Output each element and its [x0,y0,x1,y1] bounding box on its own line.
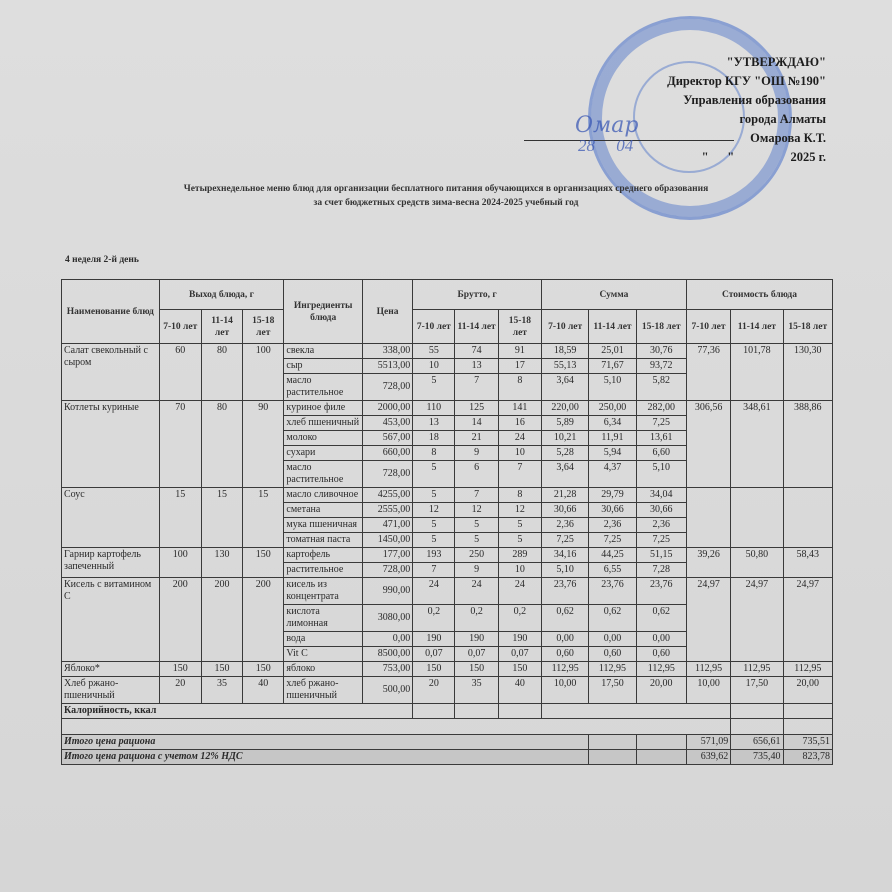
ingredient-name: мука пшеничная [284,518,363,533]
ingredient-price: 567,00 [362,431,412,446]
ingredient-sum-1: 112,95 [542,662,589,677]
ingredient-sum-3: 23,76 [636,578,686,605]
ingredient-brutto-3: 24 [498,578,541,605]
header-cost: Стоимость блюда [686,280,832,310]
header-sum-age-2: 11-14 лет [589,310,636,344]
dish-cost-2: 50,80 [731,548,783,578]
dish-yield-3: 200 [243,578,284,662]
ingredient-name: вода [284,632,363,647]
ingredient-sum-2: 29,79 [589,488,636,503]
dish-cost-2: 348,61 [731,401,783,488]
ingredient-price: 753,00 [362,662,412,677]
dish-name: Котлеты куриные [62,401,160,488]
ingredient-sum-2: 0,60 [589,647,636,662]
ingredient-sum-1: 21,28 [542,488,589,503]
ingredient-sum-2: 71,67 [589,359,636,374]
ingredient-brutto-3: 17 [498,359,541,374]
ingredient-sum-3: 7,25 [636,533,686,548]
ingredient-brutto-1: 20 [413,677,455,704]
table-row: Хлеб ржано-пшеничный203540хлеб ржано-пше… [62,677,833,704]
ingredient-name: куриное филе [284,401,363,416]
dish-name: Салат свекольный с сыром [62,344,160,401]
total-blank [636,735,686,750]
ingredient-brutto-1: 150 [413,662,455,677]
ingredient-name: картофель [284,548,363,563]
calories-cell [783,704,832,719]
total-label: Итого цена рациона с учетом 12% НДС [62,750,589,765]
calories-cell [542,704,731,719]
ingredient-brutto-3: 10 [498,563,541,578]
table-row: Котлеты куриные708090куриное филе2000,00… [62,401,833,416]
approval-block: "УТВЕРЖДАЮ" Директор КГУ "ОШ №190" Управ… [667,53,826,167]
ingredient-price: 3080,00 [362,605,412,632]
ingredient-brutto-1: 10 [413,359,455,374]
header-yield-age-1: 7-10 лет [159,310,201,344]
header-brutto-age-3: 15-18 лет [498,310,541,344]
ingredient-name: хлеб ржано-пшеничный [284,677,363,704]
table-row: Гарнир картофель запеченный100130150карт… [62,548,833,563]
ingredient-brutto-2: 7 [455,488,498,503]
ingredient-sum-2: 44,25 [589,548,636,563]
ingredient-price: 728,00 [362,563,412,578]
ingredient-brutto-1: 5 [413,461,455,488]
dish-cost-2 [731,488,783,548]
ingredient-name: сметана [284,503,363,518]
ingredient-sum-1: 5,89 [542,416,589,431]
header-ingredients: Ингредиенты блюда [284,280,363,344]
header-brutto-age-1: 7-10 лет [413,310,455,344]
approval-department: Управления образования [667,91,826,110]
calories-label: Калорийность, ккал [62,704,413,719]
ingredient-brutto-2: 7 [455,374,498,401]
ingredient-name: сыр [284,359,363,374]
ingredient-brutto-1: 12 [413,503,455,518]
ingredient-sum-1: 30,66 [542,503,589,518]
ingredient-brutto-2: 0,07 [455,647,498,662]
approval-date: " " 2025 г. [667,148,826,167]
ingredient-sum-1: 10,00 [542,677,589,704]
dish-cost-1: 306,56 [686,401,730,488]
dish-cost-3: 24,97 [783,578,832,662]
ingredient-brutto-3: 7 [498,461,541,488]
ingredient-sum-2: 2,36 [589,518,636,533]
dish-cost-1: 24,97 [686,578,730,662]
dish-cost-2: 112,95 [731,662,783,677]
calories-cell [455,704,498,719]
total-value-2: 735,40 [731,750,783,765]
dish-name: Кисель с витамином С [62,578,160,662]
ingredient-brutto-1: 0,2 [413,605,455,632]
ingredient-price: 8500,00 [362,647,412,662]
ingredient-sum-3: 34,04 [636,488,686,503]
ingredient-brutto-1: 18 [413,431,455,446]
table-row: Кисель с витамином С200200200кисель из к… [62,578,833,605]
dish-yield-3: 15 [243,488,284,548]
ingredient-sum-1: 3,64 [542,461,589,488]
dish-cost-3: 112,95 [783,662,832,677]
total-value-2: 656,61 [731,735,783,750]
dish-cost-3: 388,86 [783,401,832,488]
ingredient-price: 728,00 [362,374,412,401]
header-sum: Сумма [542,280,687,310]
header-cost-age-3: 15-18 лет [783,310,832,344]
ingredient-sum-2: 7,25 [589,533,636,548]
spacer-row [62,719,833,735]
ingredient-brutto-1: 0,07 [413,647,455,662]
approval-city: города Алматы [667,110,826,129]
header-yield-age-3: 15-18 лет [243,310,284,344]
ingredient-sum-3: 5,82 [636,374,686,401]
ingredient-sum-3: 282,00 [636,401,686,416]
calories-row: Калорийность, ккал [62,704,833,719]
header-price: Цена [362,280,412,344]
ingredient-sum-3: 30,76 [636,344,686,359]
ingredient-brutto-1: 5 [413,374,455,401]
dish-yield-2: 35 [201,677,242,704]
ingredient-brutto-2: 9 [455,446,498,461]
ingredient-name: сухари [284,446,363,461]
ingredient-brutto-3: 5 [498,533,541,548]
ingredient-sum-2: 17,50 [589,677,636,704]
ingredient-sum-2: 25,01 [589,344,636,359]
ingredient-sum-2: 0,00 [589,632,636,647]
ingredient-brutto-1: 110 [413,401,455,416]
ingredient-sum-2: 4,37 [589,461,636,488]
ingredient-brutto-1: 13 [413,416,455,431]
dish-yield-2: 150 [201,662,242,677]
dish-cost-3: 58,43 [783,548,832,578]
spacer-cell [62,719,731,735]
header-yield: Выход блюда, г [159,280,284,310]
ingredient-price: 990,00 [362,578,412,605]
ingredient-price: 177,00 [362,548,412,563]
total-blank [589,735,636,750]
ingredient-brutto-3: 8 [498,488,541,503]
dish-cost-1 [686,488,730,548]
dish-yield-1: 100 [159,548,201,578]
spacer-cell [783,719,832,735]
total-blank [636,750,686,765]
total-label: Итого цена рациона [62,735,589,750]
dish-yield-2: 80 [201,344,242,401]
dish-cost-2: 24,97 [731,578,783,662]
ingredient-brutto-3: 190 [498,632,541,647]
ingredient-price: 471,00 [362,518,412,533]
ingredient-sum-2: 6,55 [589,563,636,578]
ingredient-brutto-2: 0,2 [455,605,498,632]
ingredient-sum-1: 0,00 [542,632,589,647]
ingredient-brutto-3: 5 [498,518,541,533]
ingredient-price: 0,00 [362,632,412,647]
ingredient-brutto-3: 0,07 [498,647,541,662]
ingredient-price: 4255,00 [362,488,412,503]
ingredient-name: хлеб пшеничный [284,416,363,431]
total-value-3: 823,78 [783,750,832,765]
spacer-cell [731,719,783,735]
ingredient-name: масло растительное [284,374,363,401]
ingredient-brutto-3: 289 [498,548,541,563]
ingredient-sum-1: 18,59 [542,344,589,359]
ingredient-sum-3: 51,15 [636,548,686,563]
ingredient-sum-1: 5,10 [542,563,589,578]
ingredient-sum-2: 250,00 [589,401,636,416]
table-row: Соус151515масло сливочное4255,0057821,28… [62,488,833,503]
total-blank [589,750,636,765]
dish-name: Яблоко* [62,662,160,677]
header-cost-age-1: 7-10 лет [686,310,730,344]
header-brutto: Брутто, г [413,280,542,310]
ingredient-brutto-2: 14 [455,416,498,431]
total-row: Итого цена рациона571,09656,61735,51 [62,735,833,750]
dish-yield-1: 20 [159,677,201,704]
ingredient-brutto-2: 21 [455,431,498,446]
ingredient-brutto-2: 5 [455,518,498,533]
handwritten-signature: Омар [575,113,638,138]
ingredient-brutto-3: 16 [498,416,541,431]
dish-yield-3: 90 [243,401,284,488]
dish-cost-1: 39,26 [686,548,730,578]
dish-cost-1: 77,36 [686,344,730,401]
ingredient-sum-3: 0,60 [636,647,686,662]
ingredient-price: 728,00 [362,461,412,488]
ingredient-name: свекла [284,344,363,359]
approval-director: Директор КГУ "ОШ №190" [667,72,826,91]
ingredient-sum-3: 13,61 [636,431,686,446]
ingredient-name: масло сливочное [284,488,363,503]
dish-yield-1: 15 [159,488,201,548]
dish-yield-1: 200 [159,578,201,662]
ingredient-brutto-2: 190 [455,632,498,647]
ingredient-price: 2000,00 [362,401,412,416]
ingredient-brutto-3: 40 [498,677,541,704]
ingredient-brutto-1: 7 [413,563,455,578]
ingredient-sum-1: 5,28 [542,446,589,461]
ingredient-sum-1: 220,00 [542,401,589,416]
ingredient-brutto-3: 12 [498,503,541,518]
ingredient-brutto-1: 190 [413,632,455,647]
ingredient-brutto-2: 150 [455,662,498,677]
ingredient-sum-1: 23,76 [542,578,589,605]
table-row: Салат свекольный с сыром6080100свекла338… [62,344,833,359]
ingredient-sum-3: 6,60 [636,446,686,461]
ingredient-sum-1: 7,25 [542,533,589,548]
dish-cost-3 [783,488,832,548]
dish-name: Хлеб ржано-пшеничный [62,677,160,704]
ingredient-name: растительное [284,563,363,578]
dish-yield-2: 130 [201,548,242,578]
ingredient-brutto-1: 5 [413,488,455,503]
header-cost-age-2: 11-14 лет [731,310,783,344]
ingredient-sum-3: 112,95 [636,662,686,677]
ingredient-price: 660,00 [362,446,412,461]
document-title: Четырехнедельное меню блюд для организац… [0,182,892,210]
dish-name: Гарнир картофель запеченный [62,548,160,578]
calories-cell [731,704,783,719]
handwritten-date: 28 04 [578,136,633,156]
dish-yield-3: 100 [243,344,284,401]
dish-yield-2: 200 [201,578,242,662]
ingredient-brutto-2: 12 [455,503,498,518]
ingredient-sum-3: 5,10 [636,461,686,488]
ingredient-sum-2: 5,94 [589,446,636,461]
ingredient-name: Vit C [284,647,363,662]
ingredient-sum-1: 2,36 [542,518,589,533]
header-brutto-age-2: 11-14 лет [455,310,498,344]
ingredient-sum-1: 3,64 [542,374,589,401]
week-day-label: 4 неделя 2-й день [65,255,139,265]
ingredient-brutto-1: 24 [413,578,455,605]
dish-cost-3: 20,00 [783,677,832,704]
ingredient-brutto-2: 6 [455,461,498,488]
dish-cost-2: 101,78 [731,344,783,401]
ingredient-brutto-1: 5 [413,533,455,548]
ingredient-brutto-3: 8 [498,374,541,401]
ingredient-price: 5513,00 [362,359,412,374]
dish-cost-1: 112,95 [686,662,730,677]
ingredient-name: яблоко [284,662,363,677]
ingredient-name: молоко [284,431,363,446]
ingredient-brutto-1: 5 [413,518,455,533]
ingredient-price: 1450,00 [362,533,412,548]
ingredient-brutto-1: 193 [413,548,455,563]
ingredient-price: 338,00 [362,344,412,359]
total-value-1: 571,09 [686,735,730,750]
calories-cell [413,704,455,719]
ingredient-brutto-3: 10 [498,446,541,461]
ingredient-brutto-3: 0,2 [498,605,541,632]
approval-name: Омарова К.Т. [667,129,826,148]
header-sum-age-1: 7-10 лет [542,310,589,344]
ingredient-brutto-2: 125 [455,401,498,416]
ingredient-sum-1: 0,62 [542,605,589,632]
dish-name: Соус [62,488,160,548]
dish-yield-2: 80 [201,401,242,488]
ingredient-brutto-1: 8 [413,446,455,461]
ingredient-brutto-3: 150 [498,662,541,677]
ingredient-sum-2: 0,62 [589,605,636,632]
dish-yield-3: 150 [243,548,284,578]
ingredient-name: кисель из концентрата [284,578,363,605]
ingredient-sum-1: 55,13 [542,359,589,374]
ingredient-name: кислота лимонная [284,605,363,632]
ingredient-sum-2: 5,10 [589,374,636,401]
dish-yield-3: 40 [243,677,284,704]
calories-cell [498,704,541,719]
ingredient-brutto-2: 9 [455,563,498,578]
ingredient-brutto-3: 24 [498,431,541,446]
ingredient-sum-3: 2,36 [636,518,686,533]
ingredient-brutto-3: 141 [498,401,541,416]
dish-yield-3: 150 [243,662,284,677]
ingredient-sum-2: 6,34 [589,416,636,431]
header-yield-age-2: 11-14 лет [201,310,242,344]
ingredient-brutto-2: 13 [455,359,498,374]
ingredient-brutto-2: 24 [455,578,498,605]
ingredient-brutto-3: 91 [498,344,541,359]
ingredient-sum-3: 0,62 [636,605,686,632]
ingredient-price: 2555,00 [362,503,412,518]
ingredient-name: томатная паста [284,533,363,548]
ingredient-sum-1: 34,16 [542,548,589,563]
ingredient-sum-2: 30,66 [589,503,636,518]
ingredient-brutto-2: 250 [455,548,498,563]
ingredient-brutto-2: 74 [455,344,498,359]
ingredient-name: масло растительное [284,461,363,488]
dish-yield-1: 60 [159,344,201,401]
ingredient-sum-2: 23,76 [589,578,636,605]
ingredient-sum-3: 7,28 [636,563,686,578]
total-value-3: 735,51 [783,735,832,750]
ingredient-sum-3: 93,72 [636,359,686,374]
dish-yield-1: 70 [159,401,201,488]
ingredient-sum-1: 0,60 [542,647,589,662]
ingredient-sum-3: 20,00 [636,677,686,704]
total-value-1: 639,62 [686,750,730,765]
ingredient-price: 453,00 [362,416,412,431]
dish-yield-2: 15 [201,488,242,548]
ingredient-brutto-2: 5 [455,533,498,548]
approval-heading: "УТВЕРЖДАЮ" [667,53,826,72]
ingredient-sum-3: 0,00 [636,632,686,647]
dish-cost-3: 130,30 [783,344,832,401]
table-row: Яблоко*150150150яблоко753,00150150150112… [62,662,833,677]
dish-yield-1: 150 [159,662,201,677]
ingredient-sum-1: 10,21 [542,431,589,446]
total-row: Итого цена рациона с учетом 12% НДС639,6… [62,750,833,765]
header-dish: Наименование блюд [62,280,160,344]
ingredient-sum-3: 7,25 [636,416,686,431]
menu-table: Наименование блюд Выход блюда, г Ингреди… [61,279,833,765]
ingredient-sum-3: 30,66 [636,503,686,518]
dish-cost-1: 10,00 [686,677,730,704]
ingredient-sum-2: 112,95 [589,662,636,677]
header-sum-age-3: 15-18 лет [636,310,686,344]
ingredient-brutto-1: 55 [413,344,455,359]
dish-cost-2: 17,50 [731,677,783,704]
ingredient-brutto-2: 35 [455,677,498,704]
ingredient-sum-2: 11,91 [589,431,636,446]
ingredient-price: 500,00 [362,677,412,704]
